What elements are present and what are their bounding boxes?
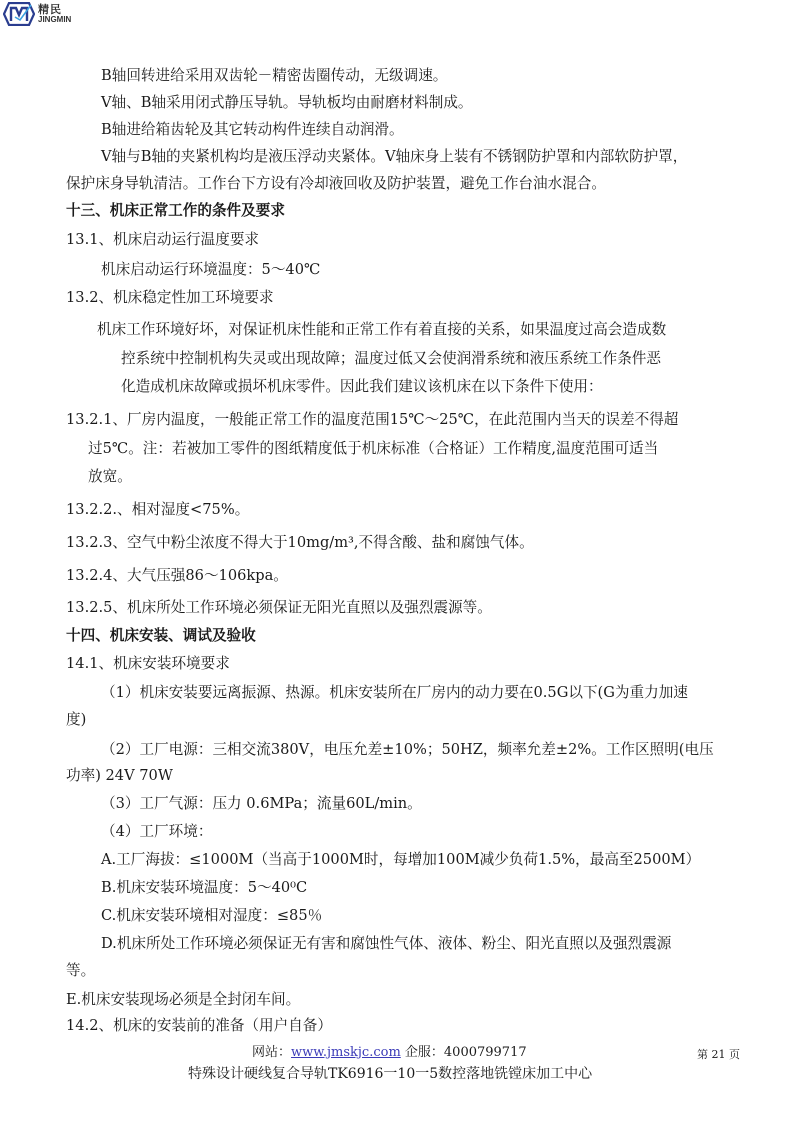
list-item-13-2-3: 13.2.3、空气中粉尘浓度不得大于10mg/m³,不得含酸、盐和腐蚀气体。 bbox=[66, 534, 534, 552]
subsection-heading-14-1: 14.1、机床安装环境要求 bbox=[66, 655, 230, 673]
list-item-b: B.机床安装环境温度：5～40⁰C bbox=[101, 879, 307, 897]
paragraph-line: 保护床身导轨清洁。工作台下方设有冷却液回收及防护装置，避免工作台油水混合。 bbox=[66, 175, 606, 193]
list-item-a: A.工厂海拔：≤1000M（当高于1000M时，每增加100M减少负荷1.5%，… bbox=[101, 851, 700, 869]
list-item-13-2-4: 13.2.4、大气压强86～106kpa。 bbox=[66, 567, 288, 585]
paragraph-line: V轴、B轴采用闭式静压导轨。导轨板均由耐磨材料制成。 bbox=[101, 94, 473, 112]
paragraph-line: 化造成机床故障或损坏机床零件。因此我们建议该机床在以下条件下使用： bbox=[121, 378, 603, 396]
page-number: 第 21 页 bbox=[697, 1046, 740, 1062]
service-phone: 企服：4000799717 bbox=[401, 1045, 527, 1060]
jingmin-logo-icon bbox=[3, 2, 35, 26]
paragraph-line: B轴进给箱齿轮及其它转动构件连续自动润滑。 bbox=[101, 121, 404, 139]
website-link[interactable]: www.jmskjc.com bbox=[291, 1045, 401, 1060]
paragraph-line: 机床启动运行环境温度：5～40℃ bbox=[101, 261, 320, 279]
paragraph-line: 放宽。 bbox=[88, 468, 132, 486]
logo-chinese-text: 精民 bbox=[38, 4, 71, 15]
paragraph-line: 过5℃。注：若被加工零件的图纸精度低于机床标准（合格证）工作精度,温度范围可适当 bbox=[88, 440, 658, 458]
section-heading-13: 十三、机床正常工作的条件及要求 bbox=[66, 202, 285, 220]
subsection-heading-13-1: 13.1、机床启动运行温度要求 bbox=[66, 231, 259, 249]
list-item-1: （1）机床安装要远离振源、热源。机床安装所在厂房内的动力要在0.5G以下(G为重… bbox=[101, 684, 688, 702]
product-title: 特殊设计硬线复合导轨TK6916一10一5数控落地铣镗床加工中心 bbox=[188, 1066, 592, 1082]
list-item-2: （2）工厂电源：三相交流380V，电压允差±10%；50HZ，频率允差±2%。工… bbox=[101, 741, 714, 759]
subsection-heading-13-2: 13.2、机床稳定性加工环境要求 bbox=[66, 289, 274, 307]
paragraph-line: 控系统中控制机构失灵或出现故障；温度过低又会使润滑系统和液压系统工作条件恶 bbox=[121, 350, 661, 368]
paragraph-line: 功率) 24V 70W bbox=[66, 767, 173, 785]
list-item-13-2-5: 13.2.5、机床所处工作环境必须保证无阳光直照以及强烈震源等。 bbox=[66, 599, 492, 617]
footer-contact: 网站：www.jmskjc.com 企服：4000799717 bbox=[252, 1045, 527, 1061]
list-item-4: （4）工厂环境： bbox=[101, 823, 212, 841]
paragraph-line: B轴回转进给采用双齿轮－精密齿圈传动，无级调速。 bbox=[101, 67, 447, 85]
list-item-13-2-1: 13.2.1、厂房内温度，一般能正常工作的温度范围15℃～25℃，在此范围内当天… bbox=[66, 411, 678, 429]
paragraph-line: 机床工作环境好坏，对保证机床性能和正常工作有着直接的关系，如果温度过高会造成数 bbox=[97, 321, 666, 339]
website-label: 网站： bbox=[252, 1045, 291, 1060]
paragraph-line: 等。 bbox=[66, 962, 95, 980]
paragraph-line: 度) bbox=[66, 711, 86, 729]
paragraph-line: V轴与B轴的夹紧机构均是液压浮动夹紧体。V轴床身上装有不锈钢防护罩和内部软防护罩… bbox=[101, 148, 687, 166]
list-item-13-2-2: 13.2.2.、相对湿度<75%。 bbox=[66, 501, 249, 519]
list-item-e: E.机床安装现场必须是全封闭车间。 bbox=[66, 991, 300, 1009]
list-item-3: （3）工厂气源：压力 0.6MPa；流量60L/min。 bbox=[101, 795, 422, 813]
subsection-heading-14-2: 14.2、机床的安装前的准备（用户自备） bbox=[66, 1017, 332, 1035]
list-item-d: D.机床所处工作环境必须保证无有害和腐蚀性气体、液体、粉尘、阳光直照以及强烈震源 bbox=[101, 935, 671, 953]
logo-english-text: JINGMIN bbox=[38, 16, 71, 24]
section-heading-14: 十四、机床安装、调试及验收 bbox=[66, 627, 256, 645]
list-item-c: C.机床安装环境相对湿度：≤85％ bbox=[101, 907, 322, 925]
company-logo: 精民 JINGMIN bbox=[3, 2, 71, 26]
